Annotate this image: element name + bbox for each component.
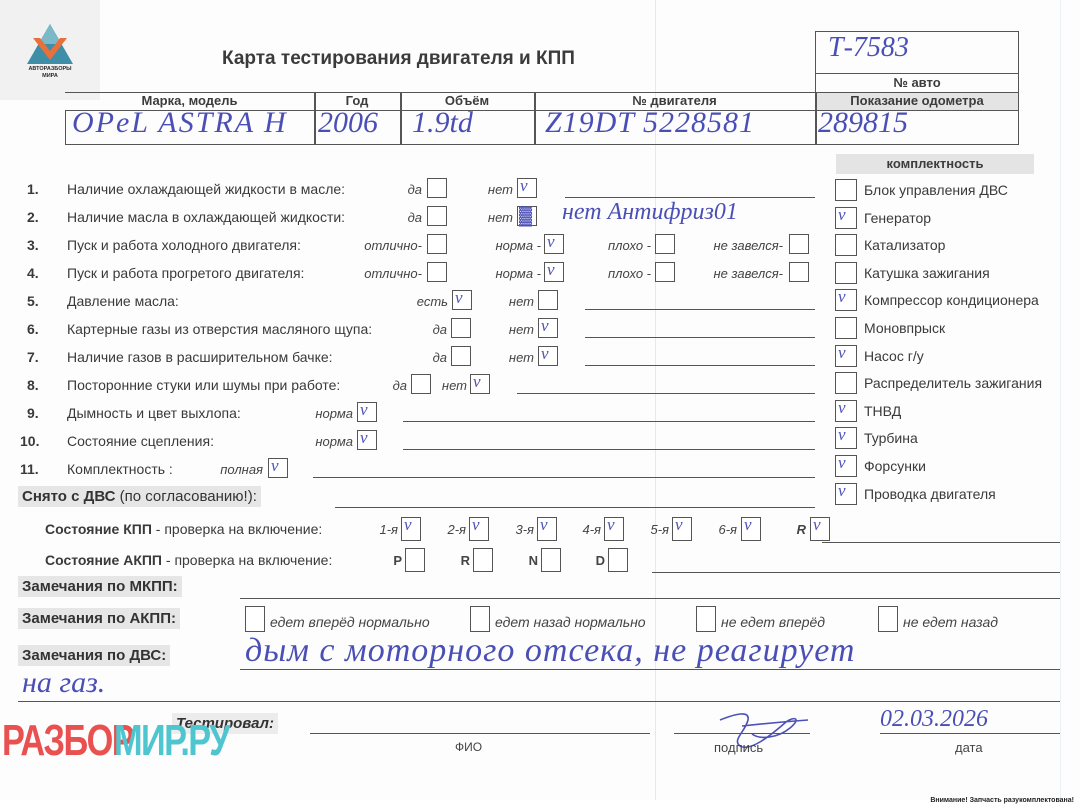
check-mark-icon: v [473,372,481,392]
note-value[interactable]: нет Антифриз01 [562,199,738,226]
checklist-item-number: 1. [27,181,39,197]
checkbox[interactable]: v [470,374,490,394]
akpp-mode-label: P [393,553,402,568]
page-title: Карта тестирования двигателя и КПП [222,48,575,70]
akpp-note-line[interactable] [652,572,1060,573]
akpp-remark-label: не едет вперёд [721,614,825,630]
completeness-item-label: Генератор [864,210,931,226]
check-mark-icon: v [838,398,846,418]
completeness-item-label: Турбина [864,430,918,446]
gear-label: 1-я [379,522,398,537]
signature-caption: подпись [714,740,763,755]
gear-checkbox[interactable]: v [810,517,830,541]
checklist-item-label: Наличие масла в охлаждающей жидкости: [67,209,345,225]
completeness-checkbox[interactable]: v [835,483,857,505]
gear-label: 4-я [582,522,601,537]
option-label: отлично- [364,266,422,281]
completeness-checkbox[interactable]: v [835,427,857,449]
check-mark-icon: v [360,428,368,448]
option-label: норма [315,434,353,449]
remarks-dvs-underline [240,669,1060,670]
completeness-header: комплектность [836,154,1034,174]
akpp-label-rest: - проверка на включение: [162,552,332,568]
akpp-mode-label: D [596,553,605,568]
checkbox[interactable] [655,234,675,254]
checklist-item-number: 7. [27,349,39,365]
akpp-remark-label: едет вперёд нормально [270,614,430,630]
checkbox[interactable]: v [452,290,472,310]
completeness-checkbox[interactable] [835,234,857,256]
completeness-item-label: Компрессор кондиционера [864,292,1039,308]
date-value[interactable]: 02.03.2026 [880,706,988,733]
note-line[interactable] [585,309,815,310]
completeness-item-label: ТНВД [864,403,901,419]
checkbox[interactable]: v [357,402,377,422]
akpp-label-bold: Состояние АКПП [45,552,162,568]
option-label: нет [509,350,534,365]
checkbox[interactable] [451,318,471,338]
logo-text-2: МИРА [0,73,100,79]
gear-checkbox[interactable]: v [537,517,557,541]
removed-label-rest: (по согласованию!): [115,488,256,505]
completeness-checkbox[interactable]: v [835,345,857,367]
watermark-part2: МИР.РУ [114,716,229,766]
check-mark-icon: v [455,288,463,308]
volume-value[interactable]: 1.9td [412,106,473,140]
completeness-checkbox[interactable] [835,372,857,394]
note-line[interactable] [565,197,815,198]
check-mark-icon: v [838,343,846,363]
completeness-item-label: Блок управления ДВС [864,182,1008,198]
akpp-remark-label: не едет назад [903,614,998,630]
checklist-item-label: Пуск и работа прогретого двигателя: [67,265,304,281]
check-mark-icon: v [744,515,752,535]
odometer-value[interactable]: 289815 [818,106,908,140]
akpp-remark-label: едет назад нормально [495,614,646,630]
kpp-label-bold: Состояние КПП [45,521,152,537]
option-label: отлично- [364,238,422,253]
option-label: плохо - [608,238,651,253]
checkbox[interactable]: v [517,178,537,198]
checklist-item-label: Давление масла: [67,293,179,309]
auto-number-box: Т-7583 [815,31,1019,74]
check-mark-icon: v [360,400,368,420]
remarks-mkpp-label: Замечания по МКПП: [18,576,182,597]
header-divider [815,92,817,145]
checkbox[interactable] [427,206,447,226]
header-divider [400,92,402,145]
note-line[interactable] [517,393,815,394]
gear-label: 6-я [718,522,737,537]
header-divider [534,92,536,145]
checkbox[interactable] [789,262,809,282]
completeness-checkbox[interactable] [835,262,857,284]
checklist-item-number: 2. [27,209,39,225]
logo-icon [27,24,73,64]
header-divider [314,92,316,145]
option-label: нет [488,210,513,225]
check-mark-icon: v [838,205,846,225]
akpp-remark-checkbox[interactable] [245,606,265,632]
completeness-item-label: Распределитель зажигания [864,375,1042,391]
option-label: не завелся- [713,266,783,281]
completeness-item-label: Моновпрыск [864,320,945,336]
checklist-item-label: Комплектность : [67,461,173,477]
option-label: нет [509,322,534,337]
checkbox[interactable] [655,262,675,282]
removed-section-label: Снято с ДВС (по согласованию!): [18,486,261,507]
checkbox[interactable] [427,178,447,198]
completeness-checkbox[interactable]: v [835,455,857,477]
akpp-mode-checkbox[interactable] [405,548,425,572]
tested-by-name-line[interactable] [310,733,650,734]
logo-text-1: АВТОРАЗБОРЫ [0,66,100,72]
gear-checkbox[interactable]: v [604,517,624,541]
note-line[interactable] [585,365,815,366]
checklist-item-number: 9. [27,405,39,421]
checkbox[interactable]: v [544,262,564,282]
check-mark-icon: v [271,456,279,476]
checkbox[interactable]: v [268,458,288,478]
completeness-checkbox[interactable]: v [835,289,857,311]
checklist-item-number: 6. [27,321,39,337]
option-label: норма [315,406,353,421]
remarks-dvs-line2[interactable]: на газ. [22,666,105,700]
checkbox[interactable]: v [538,318,558,338]
checkbox[interactable]: v [357,430,377,450]
check-mark-icon: v [813,515,821,535]
checkbox[interactable]: ▓ [517,206,537,226]
option-label: да [433,350,447,365]
check-mark-icon: v [838,481,846,501]
check-mark-icon: v [607,515,615,535]
kpp-label-rest: - проверка на включение: [152,521,322,537]
checkbox[interactable]: v [544,234,564,254]
akpp-mode-checkbox[interactable] [473,548,493,572]
completeness-item-label: Катушка зажигания [864,265,990,281]
option-label: да [408,182,422,197]
akpp-mode-label: R [461,553,470,568]
gear-checkbox[interactable]: v [741,517,761,541]
year-value[interactable]: 2006 [318,106,378,140]
checklist-item-number: 8. [27,377,39,393]
checklist-item-number: 3. [27,237,39,253]
option-label: плохо - [608,266,651,281]
make-model-value[interactable]: OPeL ASTRA H [72,106,288,140]
remarks-dvs-line1[interactable]: дым с моторного отсека, не реагирует [245,632,855,670]
remarks-akpp-label: Замечания по АКПП: [18,608,180,629]
checkbox[interactable]: v [538,346,558,366]
checkbox[interactable] [427,262,447,282]
remarks-mkpp-line[interactable] [240,598,1060,599]
check-mark-icon: v [540,515,548,535]
completeness-checkbox[interactable]: v [835,207,857,229]
date-line [880,733,1060,734]
check-mark-icon: ▓ [519,205,532,226]
completeness-checkbox[interactable] [835,317,857,339]
akpp-label: Состояние АКПП - проверка на включение: [45,552,332,568]
check-mark-icon: v [472,515,480,535]
option-label: полная [220,462,263,477]
akpp-mode-checkbox[interactable] [608,548,628,572]
checklist-item-number: 11. [20,461,39,477]
date-caption: дата [955,740,983,755]
gear-label: 3-я [515,522,534,537]
option-label: нет [488,182,513,197]
gear-checkbox[interactable]: v [469,517,489,541]
check-mark-icon: v [547,232,555,252]
logo-area: АВТОРАЗБОРЫ МИРА [0,0,100,100]
kpp-note-line[interactable] [822,542,1060,543]
check-mark-icon: v [675,515,683,535]
check-mark-icon: v [547,260,555,280]
checklist-item-number: 10. [20,433,39,449]
checklist-item-label: Дымность и цвет выхлопа: [67,405,241,421]
akpp-remark-checkbox[interactable] [696,606,716,632]
gear-checkbox[interactable]: v [401,517,421,541]
check-mark-icon: v [541,344,549,364]
check-mark-icon: v [520,176,528,196]
note-line[interactable] [585,337,815,338]
checklist-item-label: Посторонние стуки или шумы при работе: [67,377,340,393]
completeness-checkbox[interactable]: v [835,400,857,422]
option-label: есть [417,294,448,309]
checklist-item-label: Наличие охлаждающей жидкости в масле: [67,181,345,197]
checkbox[interactable] [451,346,471,366]
completeness-item-label: Проводка двигателя [864,486,996,502]
checklist-item-label: Наличие газов в расширительном бачке: [67,349,333,365]
removed-input-line[interactable] [335,507,815,508]
akpp-remark-checkbox[interactable] [878,606,898,632]
removed-label-bold: Снято с ДВС [22,488,115,505]
auto-number-value: Т-7583 [828,32,909,64]
option-label: нет [442,378,467,393]
completeness-item-label: Насос г/у [864,348,924,364]
gear-checkbox[interactable]: v [672,517,692,541]
footer-note: Внимание! Запчасть разукомплектована! [930,797,1074,804]
gear-label: 2-я [447,522,466,537]
checkbox[interactable] [411,374,431,394]
check-mark-icon: v [838,287,846,307]
option-label: да [433,322,447,337]
note-line[interactable] [403,449,815,450]
checklist-item-label: Пуск и работа холодного двигателя: [67,237,301,253]
completeness-item-label: Катализатор [864,237,945,253]
akpp-remark-checkbox[interactable] [470,606,490,632]
auto-number-caption-cell: № авто [815,73,1019,92]
engine-number-value[interactable]: Z19DT 5228581 [545,106,755,140]
option-label: да [408,210,422,225]
option-label: да [393,378,407,393]
option-label: норма - [495,266,541,281]
akpp-mode-checkbox[interactable] [541,548,561,572]
remarks-dvs-underline-2 [18,701,1060,702]
auto-number-label: № авто [816,75,1018,90]
kpp-label: Состояние КПП - проверка на включение: [45,521,322,537]
checkbox[interactable] [789,234,809,254]
gear-label: R [797,522,806,537]
checklist-item-label: Картерные газы из отверстия масляного щу… [67,321,372,337]
completeness-title: комплектность [836,156,1034,171]
checkbox[interactable] [538,290,558,310]
checklist-item-label: Состояние сцепления: [67,433,214,449]
note-line[interactable] [313,477,815,478]
check-mark-icon: v [838,425,846,445]
remarks-dvs-label: Замечания по ДВС: [18,645,170,666]
checkbox[interactable] [427,234,447,254]
completeness-item-label: Форсунки [864,458,926,474]
checklist-item-number: 4. [27,265,39,281]
note-line[interactable] [403,421,815,422]
name-caption: ФИО [455,740,482,754]
check-mark-icon: v [838,453,846,473]
option-label: не завелся- [713,238,783,253]
gear-label: 5-я [650,522,669,537]
akpp-mode-label: N [529,553,538,568]
option-label: норма - [495,238,541,253]
option-label: нет [509,294,534,309]
check-mark-icon: v [404,515,412,535]
checklist-item-number: 5. [27,293,39,309]
check-mark-icon: v [541,316,549,336]
completeness-checkbox[interactable] [835,179,857,201]
